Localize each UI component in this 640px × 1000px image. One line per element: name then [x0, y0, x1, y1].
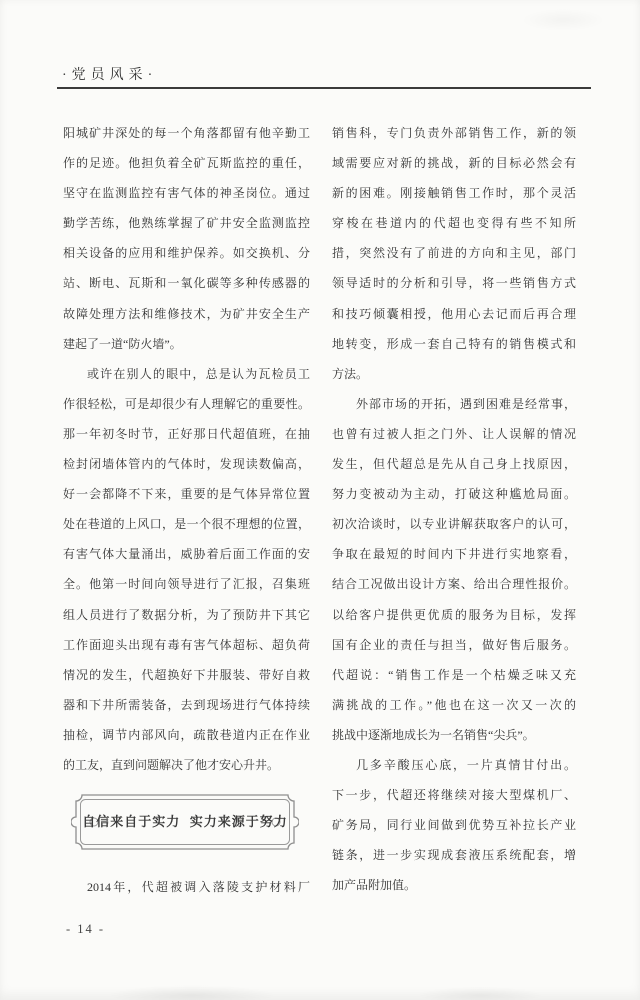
text-line: 发生，但代超总是先从自己身上找原因，: [332, 449, 576, 479]
text-line: 阳城矿井深处的每一个角落都留有他辛勤工: [63, 118, 310, 148]
text-line: 或许在别人的眼中，总是认为瓦检员工: [63, 359, 310, 389]
text-line: 链条，进一步实现成套液压系统配套，增: [332, 840, 576, 870]
page-number: - 14 -: [66, 922, 105, 937]
text-line: 作很轻松，可是却很少有人理解它的重要性。: [63, 389, 310, 419]
text-line: 初次洽谈时，以专业讲解获取客户的认可，: [332, 509, 576, 539]
text-line: 也曾有过被人拒之门外、让人误解的情况: [332, 419, 576, 449]
text-line: 2014年，代超被调入落陵支护材料厂: [63, 872, 310, 902]
text-line: 地转变，形成一套自己特有的销售模式和: [332, 329, 576, 359]
text-line: 几多辛酸压心底，一片真情甘付出。: [332, 750, 576, 780]
text-line: 坚守在监测监控有害气体的神圣岗位。通过: [63, 178, 310, 208]
text-line: 以给客户提供更优质的服务为目标，发挥: [332, 600, 576, 630]
text-line: 外部市场的开拓，遇到困难是经常事，: [332, 389, 576, 419]
text-line: 新的困难。刚接触销售工作时，那个灵活: [332, 178, 576, 208]
text-line: 的工友，直到问题解决了他才安心升井。: [63, 750, 310, 780]
text-line: 全。他第一时间向领导进行了汇报，召集班: [63, 569, 310, 599]
text-line: 好一会都降不下来，重要的是气体异常位置: [63, 479, 310, 509]
text-line: 处在巷道的上风口，是一个很不理想的位置，: [63, 509, 310, 539]
text-line: 争取在最短的时间内下井进行实地察看，: [332, 539, 576, 569]
text-line: 站、断电、瓦斯和一氧化碳等多种传感器的: [63, 268, 310, 298]
text-line: 检封闭墙体管内的气体时，发现读数偏高，: [63, 449, 310, 479]
text-line: 建起了一道“防火墙”。: [63, 329, 310, 359]
text-line: 工作面迎头出现有毒有害气体超标、超负荷: [63, 630, 310, 660]
text-line: 那一年初冬时节，正好那日代超值班，在抽: [63, 419, 310, 449]
section-header-label: ·党员风采·: [62, 64, 157, 84]
left-column-after-box-lines: 2014年，代超被调入落陵支护材料厂: [63, 872, 310, 902]
text-line: 加产品附加值。: [332, 870, 576, 900]
text-line: 有害气体大量涌出，威胁着后面工作面的安: [63, 539, 310, 569]
text-line: 相关设备的应用和维护保养。如交换机、分: [63, 238, 310, 268]
text-line: 器和下井所需装备，去到现场进行气体持续: [63, 690, 310, 720]
text-line: 措，突然没有了前进的方向和主见，部门: [332, 238, 576, 268]
text-line: 领导适时的分析和引导，将一些销售方式: [332, 268, 576, 298]
right-column-lines: 销售科，专门负责外部销售工作，新的领域需要应对新的挑战，新的目标必然会有新的困难…: [332, 118, 576, 900]
text-line: 代超说：“销售工作是一个枯燥乏味又充: [332, 660, 576, 690]
text-line: 作的足迹。他担负着全矿瓦斯监控的重任，: [63, 148, 310, 178]
text-line: 挑战中逐渐地成长为一名销售“尖兵”。: [332, 720, 576, 750]
callout-box: 自信来自于实力 实力来源于努力: [71, 793, 299, 851]
text-line: 组人员进行了数据分析，为了预防井下其它: [63, 600, 310, 630]
text-line: 勤学苦练，他熟练掌握了矿井安全监测监控: [63, 208, 310, 238]
text-line: 抽检，调节内部风向，疏散巷道内正在作业: [63, 720, 310, 750]
callout-text: 自信来自于实力 实力来源于努力: [71, 793, 299, 851]
header-rule: [57, 87, 591, 89]
text-line: 域需要应对新的挑战，新的目标必然会有: [332, 148, 576, 178]
text-line: 结合工况做出设计方案、给出合理性报价。: [332, 569, 576, 599]
right-column: 销售科，专门负责外部销售工作，新的领域需要应对新的挑战，新的目标必然会有新的困难…: [332, 118, 576, 900]
magazine-page: ·党员风采· 阳城矿井深处的每一个角落都留有他辛勤工作的足迹。他担负着全矿瓦斯监…: [0, 0, 640, 1000]
left-column-lines: 阳城矿井深处的每一个角落都留有他辛勤工作的足迹。他担负着全矿瓦斯监控的重任，坚守…: [63, 118, 310, 780]
text-line: 满挑战的工作。”他也在这一次又一次的: [332, 690, 576, 720]
text-line: 销售科，专门负责外部销售工作，新的领: [332, 118, 576, 148]
text-line: 情况的发生，代超换好下井服装、带好自救: [63, 660, 310, 690]
left-column: 阳城矿井深处的每一个角落都留有他辛勤工作的足迹。他担负着全矿瓦斯监控的重任，坚守…: [63, 118, 310, 902]
text-line: 努力变被动为主动，打破这种尴尬局面。: [332, 479, 576, 509]
text-line: 和技巧倾囊相授，他用心去记而后再合理: [332, 299, 576, 329]
text-line: 穿梭在巷道内的代超也变得有些不知所: [332, 208, 576, 238]
text-line: 故障处理方法和维修技术，为矿井安全生产: [63, 299, 310, 329]
text-line: 国有企业的责任与担当，做好售后服务。: [332, 630, 576, 660]
text-line: 矿务局，同行业间做到优势互补拉长产业: [332, 810, 576, 840]
text-line: 下一步，代超还将继续对接大型煤机厂、: [332, 780, 576, 810]
text-line: 方法。: [332, 359, 576, 389]
